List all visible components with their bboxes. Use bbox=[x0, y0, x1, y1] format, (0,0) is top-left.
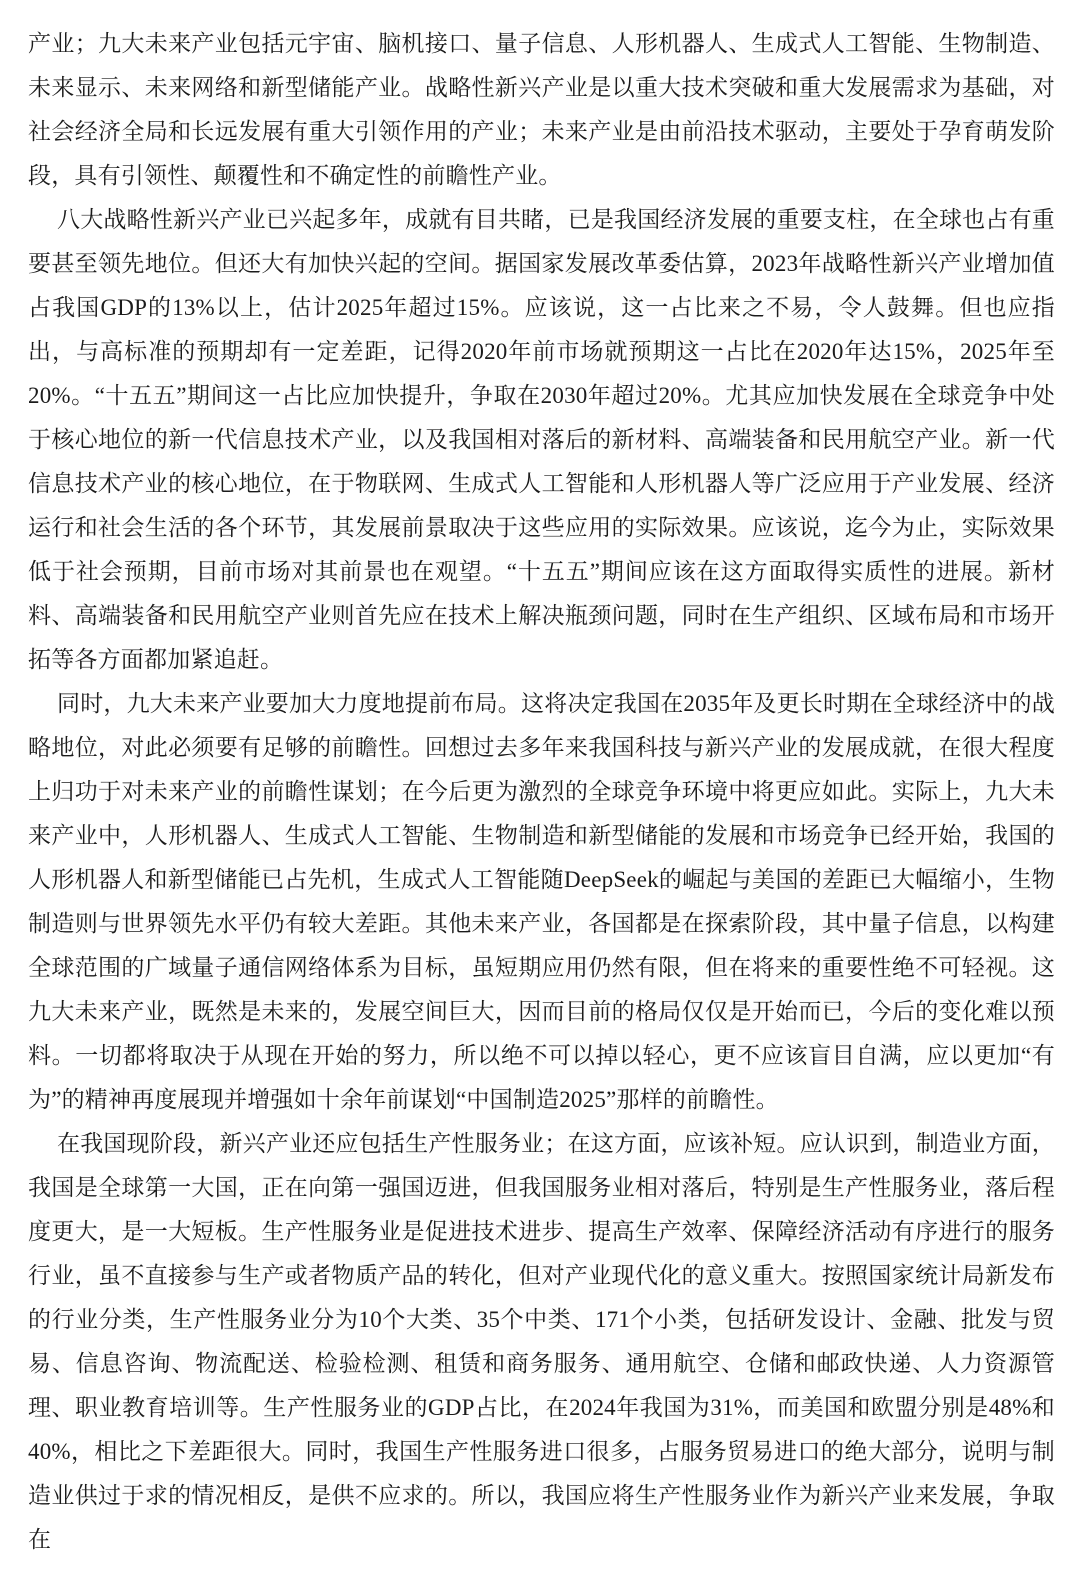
paragraph: 同时，九大未来产业要加大力度地提前布局。这将决定我国在2035年及更长时期在全球… bbox=[28, 682, 1055, 1122]
article-body: 产业；九大未来产业包括元宇宙、脑机接口、量子信息、人形机器人、生成式人工智能、生… bbox=[28, 22, 1055, 1562]
paragraph: 八大战略性新兴产业已兴起多年，成就有目共睹，已是我国经济发展的重要支柱，在全球也… bbox=[28, 198, 1055, 682]
paragraph: 产业；九大未来产业包括元宇宙、脑机接口、量子信息、人形机器人、生成式人工智能、生… bbox=[28, 22, 1055, 198]
document-page: 产业；九大未来产业包括元宇宙、脑机接口、量子信息、人形机器人、生成式人工智能、生… bbox=[0, 0, 1080, 1580]
paragraph: 在我国现阶段，新兴产业还应包括生产性服务业；在这方面，应该补短。应认识到，制造业… bbox=[28, 1122, 1055, 1562]
